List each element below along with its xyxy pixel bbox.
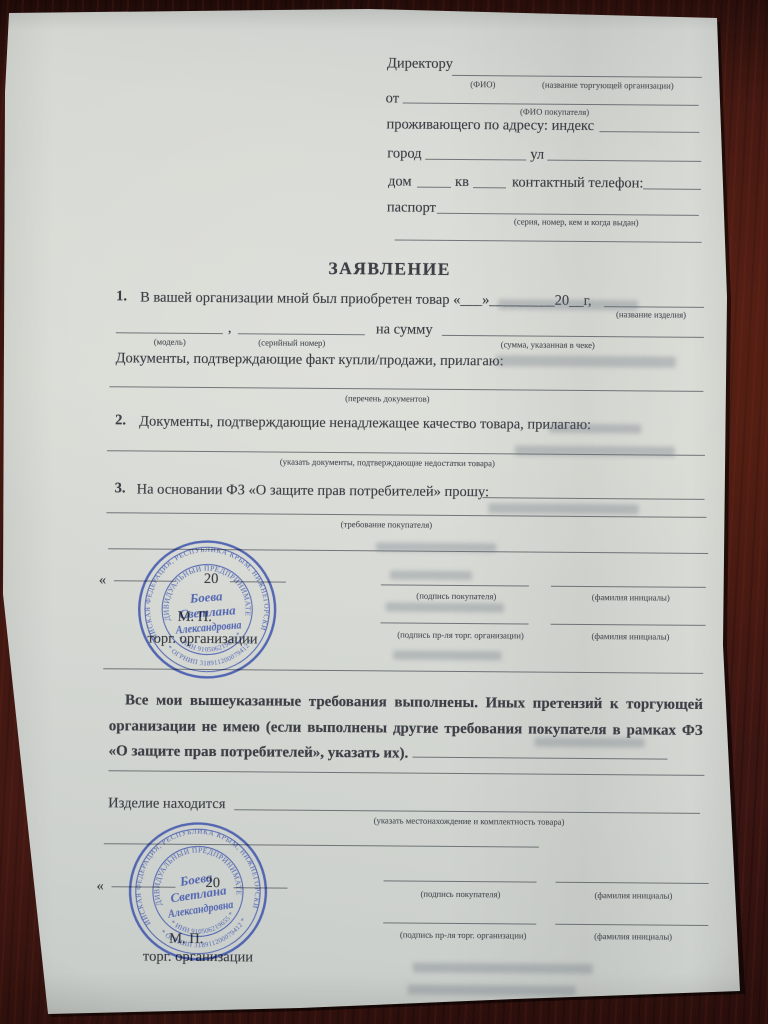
to-label: Директору — [387, 55, 453, 73]
bleed-through-artifact — [386, 602, 504, 612]
from-label: от — [386, 90, 400, 107]
signature-block-2: « 20 М. П. торг. организации (подпись по… — [0, 849, 762, 985]
round-stamp-bottom: РОССИЙСКАЯ ФЕДЕРАЦИЯ, РЕСПУБЛИКА КРЫМ, Н… — [117, 810, 280, 973]
date-open-quote: « — [96, 878, 103, 895]
city-label: город — [387, 145, 421, 162]
date-open-quote: « — [99, 572, 106, 589]
phone-label: контактный телефон: — [512, 174, 644, 192]
item-location-blank — [234, 795, 700, 814]
street-blank-line — [547, 146, 701, 162]
buyer-sign-sub: (подпись покупателя) — [394, 590, 519, 601]
org-sign-sub: (подпись пр-ля торг. организации) — [380, 629, 540, 640]
buyer-initials-blank — [551, 572, 706, 588]
bleed-through-artifact — [535, 738, 645, 748]
comma: , — [228, 320, 232, 337]
docs-list-sub: (перечень документов) — [307, 393, 467, 404]
bleed-through-artifact — [549, 424, 641, 434]
bleed-through-artifact — [393, 650, 501, 660]
buyer-sign-blank — [384, 866, 537, 882]
bleed-through-artifact — [515, 445, 675, 456]
bleed-through-artifact — [496, 355, 676, 367]
house-blank-line — [417, 173, 451, 188]
bleed-through-artifact — [408, 985, 576, 996]
passport-blank-line — [437, 199, 699, 216]
stamp-name-line2: Светлана — [179, 603, 237, 621]
house-label: дом — [388, 173, 412, 190]
claim-form-sheet: Директору (ФИО) (название торгующей орга… — [0, 0, 768, 1024]
buyer-sign-sub: (подпись покупателя) — [395, 889, 525, 900]
org-initials-sub: (фамилия инициалы) — [565, 631, 695, 642]
sum-label: на сумму — [376, 321, 433, 338]
org-initials-blank — [551, 610, 706, 626]
phone-blank-line — [643, 174, 701, 189]
section1-number: 1. — [116, 288, 127, 305]
apt-label: кв — [455, 174, 469, 191]
demand-sub: (требование покупателя) — [296, 519, 476, 530]
defect-docs-sub: (указать документы, подтверждающие недос… — [265, 456, 510, 468]
from-blank-line — [403, 89, 699, 106]
product-name-sub: (название изделия) — [596, 309, 706, 320]
demand-blank-line-1 — [483, 483, 705, 500]
model-sub: (модель) — [120, 336, 220, 347]
buyer-initials-sub: (фамилия инициалы) — [566, 592, 696, 603]
section2-number: 2. — [115, 412, 126, 429]
sum-sub: (сумма, указанная в чеке) — [453, 339, 643, 350]
header-extra-blank-line — [395, 225, 702, 242]
stamp-name-line3: Александровна — [175, 619, 243, 636]
bleed-through-artifact — [390, 570, 472, 580]
closing-blank-line — [412, 746, 667, 760]
stamp-name-line1: Боева — [189, 589, 224, 606]
model-blank-line — [116, 318, 223, 334]
section1-docs-line: Документы, подтверждающие факт купли/про… — [116, 350, 504, 370]
serial-sub: (серийный номер) — [232, 337, 352, 348]
bleed-through-artifact — [488, 503, 638, 514]
item-location-sub: (указать местонахождение и комплектность… — [324, 815, 614, 827]
to-sub-fio: (ФИО) — [458, 79, 508, 89]
buyer-initials-sub: (фамилия инициалы) — [568, 890, 698, 901]
bleed-through-artifact — [413, 963, 593, 974]
org-sign-blank — [383, 908, 536, 924]
docs-list-blank-line — [109, 372, 703, 392]
item-location-label: Изделие находится — [108, 795, 225, 813]
org-sign-sub: (подпись пр-ля торг. организации) — [383, 929, 543, 940]
round-stamp-top: РОССИЙСКАЯ ФЕДЕРАЦИЯ, РЕСПУБЛИКА КРЫМ, Н… — [130, 533, 284, 687]
street-label: ул — [530, 147, 544, 164]
form-content: Директору (ФИО) (название торгующей орга… — [0, 0, 768, 1024]
passport-label: паспорт — [387, 199, 436, 216]
org-initials-blank — [555, 910, 708, 926]
org-initials-sub: (фамилия инициалы) — [568, 931, 698, 942]
section3-number: 3. — [115, 480, 126, 497]
apt-blank-line — [473, 173, 506, 188]
from-sub: (ФИО покупателя) — [500, 106, 610, 117]
section2-line: Документы, подтверждающие ненадлежащее к… — [139, 413, 591, 434]
to-blank-line — [452, 61, 702, 78]
index-blank-line — [599, 117, 699, 133]
city-blank-line — [425, 145, 526, 161]
bleed-through-artifact — [498, 299, 638, 310]
page-title: ЗАЯВЛЕНИЕ — [328, 258, 451, 280]
bleed-through-artifact — [376, 542, 496, 552]
sum-blank-line — [442, 321, 704, 338]
buyer-initials-blank — [556, 868, 709, 884]
serial-blank-line — [238, 319, 365, 335]
address-label: проживающего по адресу: индекс — [386, 116, 594, 135]
